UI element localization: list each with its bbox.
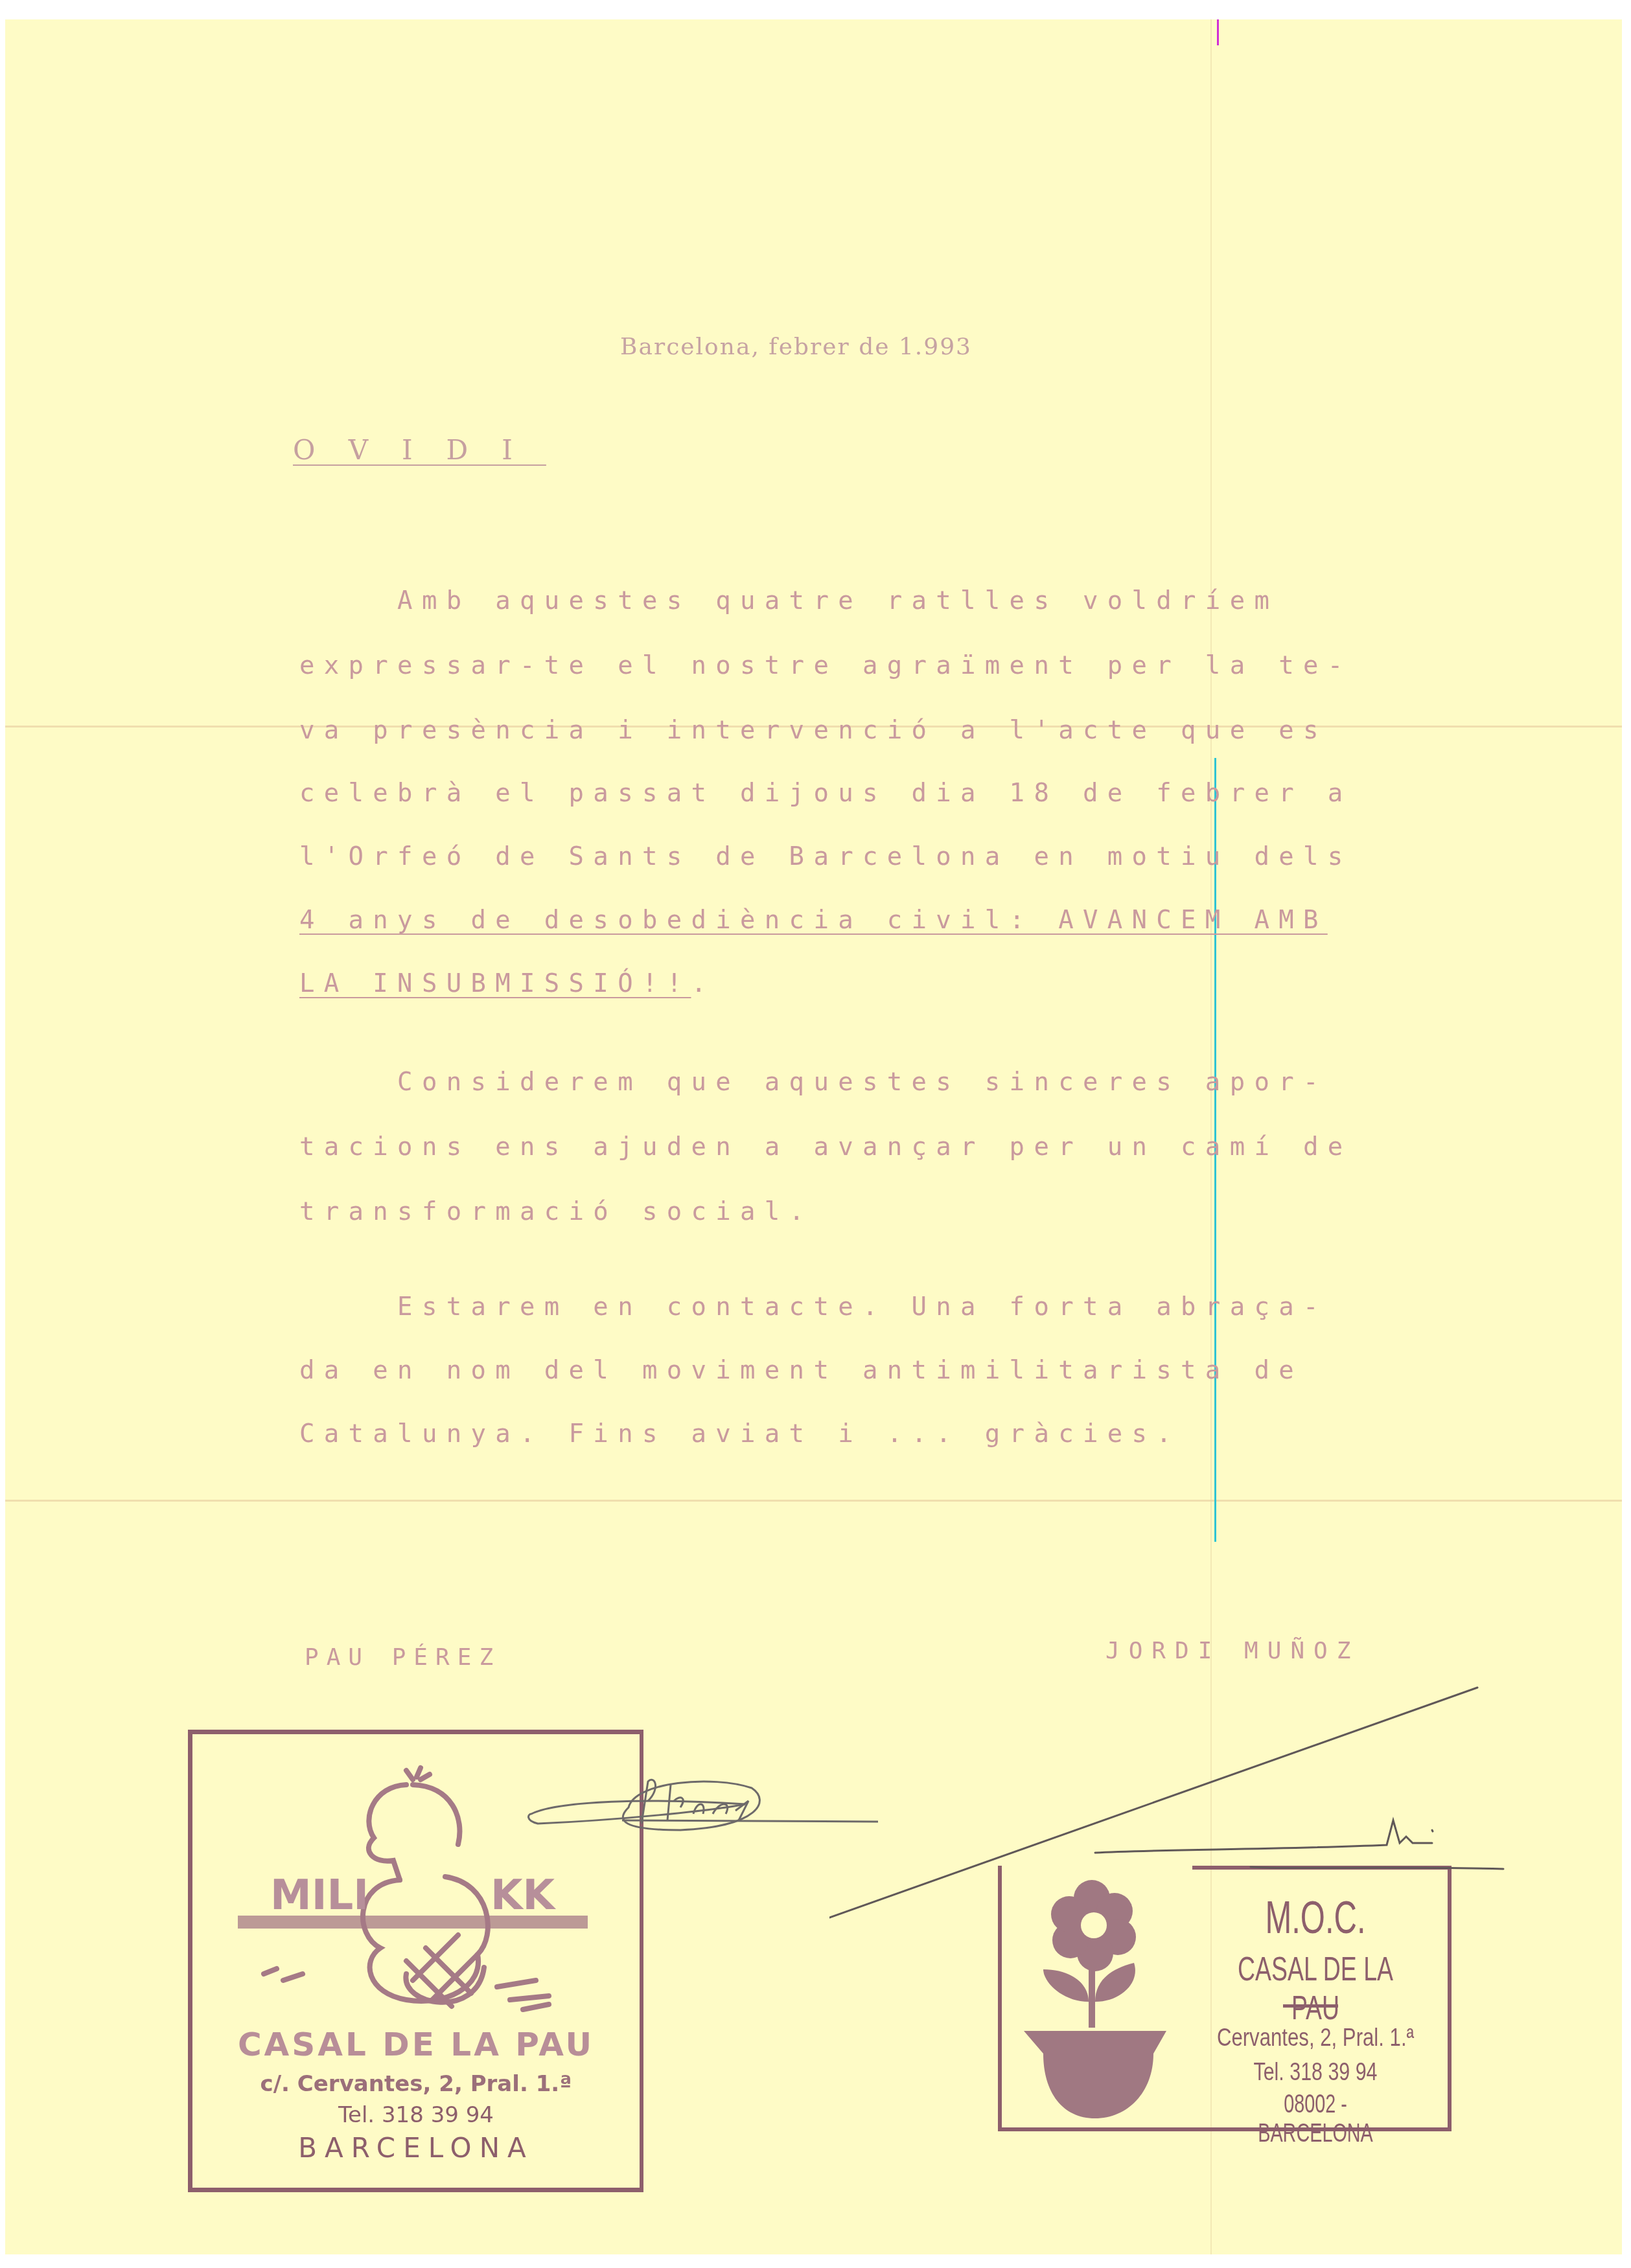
stamp-address: c/. Cervantes, 2, Pral. 1.ª xyxy=(192,2071,640,2097)
date-line: Barcelona, febrer de 1.993 xyxy=(620,334,972,360)
svg-text:MILI: MILI xyxy=(270,1872,369,1919)
body-line: celebrà el passat dijous dia 18 de febre… xyxy=(299,779,1352,808)
event-title-line: LA INSUBMISSIÓ!!. xyxy=(299,969,715,998)
stamp-phone: Tel. 318 39 94 xyxy=(192,2102,640,2128)
scan-artifact xyxy=(1217,19,1219,45)
body-line: l'Orfeó de Sants de Barcelona en motiu d… xyxy=(299,842,1352,871)
punctuation: . xyxy=(691,969,715,998)
body-line: Considerem que aquestes sinceres apor- xyxy=(299,1068,1328,1097)
signatory-right: JORDI MUÑOZ xyxy=(1105,1638,1359,1664)
stamp-name: CASAL DE LA PAU xyxy=(1227,1950,1404,2028)
body-line: tacions ens ajuden a avançar per un camí… xyxy=(299,1132,1352,1162)
body-line: Amb aquestes quatre ratlles voldríem xyxy=(299,586,1278,615)
body-line: da en nom del moviment antimilitarista d… xyxy=(299,1356,1303,1385)
fold-line xyxy=(5,1500,1622,1502)
stamp-name: CASAL DE LA PAU xyxy=(192,2026,640,2063)
signature-jordi-munoz xyxy=(829,1665,1542,1924)
stamp-phone: Tel. 318 39 94 xyxy=(1217,2059,1414,2087)
body-line: expressar-te el nostre agraïment per la … xyxy=(299,651,1352,680)
body-line: Catalunya. Fins aviat i ... gràcies. xyxy=(299,1419,1181,1449)
event-title: 4 anys de desobediència civil: AVANCEM A… xyxy=(299,906,1328,935)
event-title: LA INSUBMISSIÓ!! xyxy=(299,969,691,998)
body-line: va presència i intervenció a l'acte que … xyxy=(299,716,1328,745)
addressee: OVIDI xyxy=(293,434,546,466)
stamp-divider xyxy=(1283,2004,1338,2008)
body-line: Estarem en contacte. Una forta abraça- xyxy=(299,1292,1328,1322)
stamp-city: 08002 - BARCELONA xyxy=(1227,2090,1404,2148)
signatory-left: PAU PÉREZ xyxy=(305,1644,501,1671)
signature-pau-perez xyxy=(518,1762,881,1833)
stamp-city: BARCELONA xyxy=(192,2132,640,2164)
svg-text:KK: KK xyxy=(491,1872,557,1919)
body-line: transformació social. xyxy=(299,1197,813,1226)
stamp-address: Cervantes, 2, Pral. 1.ª xyxy=(1214,2024,1417,2052)
